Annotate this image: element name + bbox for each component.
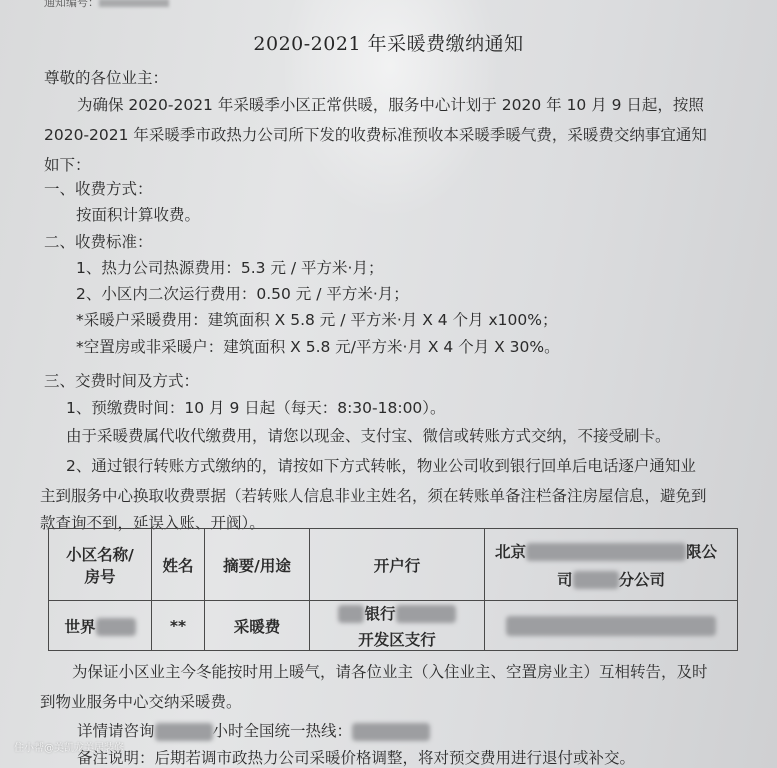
redacted-bank-suffix <box>396 605 456 623</box>
hotline-label: 小时全国统一热线： <box>213 722 353 740</box>
account-name-line2-prefix: 司 <box>557 571 573 589</box>
redacted-branch <box>573 571 619 589</box>
remark: 备注说明：后期若调市政热力公司采暖价格调整，将对预交费用进行退付或补交。 <box>77 746 635 768</box>
redacted-account-name <box>526 543 686 561</box>
contact-line: 详情请咨询小时全国统一热线： <box>77 719 430 741</box>
intro-line-1: 为确保 2020-2021 年采暖季小区正常供暖，服务中心计划于 2020 年 … <box>77 93 704 115</box>
notice-number: 通知编号： <box>44 0 169 10</box>
table-header-row: 小区名称/ 房号 姓名 摘要/用途 开户行 北京限公 司分公司 <box>49 529 738 601</box>
cell-name: ** <box>152 601 205 651</box>
redacted-bank-prefix <box>338 605 364 623</box>
cell-account-number <box>485 601 738 651</box>
closing-line-1: 为保证小区业主今冬能按时用上暖气，请各位业主（入住业主、空置房业主）互相转告，及… <box>72 660 708 682</box>
header-name: 姓名 <box>152 529 205 601</box>
bank-line1: 银行 <box>310 602 484 624</box>
section2-heading: 二、收费标准： <box>44 230 153 252</box>
section1-body: 按面积计算收费。 <box>76 203 200 225</box>
community-name: 世界 <box>64 618 95 636</box>
fee-item-4: *空置房或非采暖户：建筑面积 X 5.8 元/平方米·月 X 4 个月 X 30… <box>76 335 560 357</box>
contact-prefix: 详情请咨询 <box>77 722 155 740</box>
notice-number-label: 通知编号： <box>44 0 99 9</box>
header-purpose: 摘要/用途 <box>205 529 310 601</box>
account-name-suffix: 限公 <box>686 543 717 561</box>
section3-line-4: 主到服务中心换取收费票据（若转账人信息非业主姓名，须在转账单备注栏备注房屋信息，… <box>40 484 707 506</box>
document-title: 2020-2021 年采暖费缴纳通知 <box>0 29 777 56</box>
section3-line-3: 2、通过银行转账方式缴纳的，请按如下方式转帐，物业公司收到银行回单后电话逐户通知… <box>66 454 696 476</box>
header-account-name: 北京限公 司分公司 <box>485 529 738 601</box>
cell-bank: 银行 开发区支行 <box>310 601 485 651</box>
header-community-line2: 房号 <box>49 565 151 587</box>
redacted-community <box>96 618 136 636</box>
closing-line-2: 到物业服务中心交纳采暖费。 <box>40 690 242 712</box>
header-community-line1: 小区名称/ <box>49 543 151 565</box>
redacted-notice-number <box>99 0 169 7</box>
account-name-line1: 北京限公 <box>485 540 737 562</box>
fee-item-3: *采暖户采暖费用：建筑面积 X 5.8 元 / 平方米·月 X 4 个月 x10… <box>76 308 557 330</box>
bank-name: 银行 <box>364 605 395 623</box>
intro-line-2: 2020-2021 年采暖季市政热力公司所下发的收费标准预收本采暖季暖气费，采暖… <box>44 123 707 145</box>
watermark: 住小帮@美凯龙美居装修 <box>14 739 124 754</box>
section1-heading: 一、收费方式： <box>44 177 153 199</box>
redacted-contact <box>155 723 213 741</box>
account-name-line2-suffix: 分公司 <box>619 571 666 589</box>
section3-heading: 三、交费时间及方式： <box>44 369 199 391</box>
cell-community: 世界 <box>49 601 152 651</box>
table-row: 世界 ** 采暖费 银行 开发区支行 <box>49 601 738 651</box>
fee-item-2: 2、小区内二次运行费用：0.50 元 / 平方米·月； <box>76 282 409 304</box>
cell-purpose: 采暖费 <box>205 601 310 651</box>
redacted-account-number <box>506 616 716 636</box>
bank-branch: 开发区支行 <box>310 628 484 650</box>
redacted-hotline <box>352 723 430 741</box>
account-name-prefix: 北京 <box>495 543 526 561</box>
section3-line-1: 1、预缴费时间：10 月 9 日起（每天：8:30-18:00）。 <box>66 396 446 418</box>
bank-transfer-table: 小区名称/ 房号 姓名 摘要/用途 开户行 北京限公 司分公司 世界 ** 采暖… <box>48 528 738 651</box>
intro-line-3: 如下： <box>44 153 91 175</box>
fee-item-1: 1、热力公司热源费用：5.3 元 / 平方米·月； <box>76 256 383 278</box>
section3-line-2: 由于采暖费属代收代缴费用，请您以现金、支付宝、微信或转账方式交纳，不接受刷卡。 <box>66 424 671 446</box>
header-bank: 开户行 <box>310 529 485 601</box>
salutation: 尊敬的各位业主： <box>44 66 168 88</box>
header-community: 小区名称/ 房号 <box>49 529 152 601</box>
account-name-line2: 司分公司 <box>485 568 737 590</box>
